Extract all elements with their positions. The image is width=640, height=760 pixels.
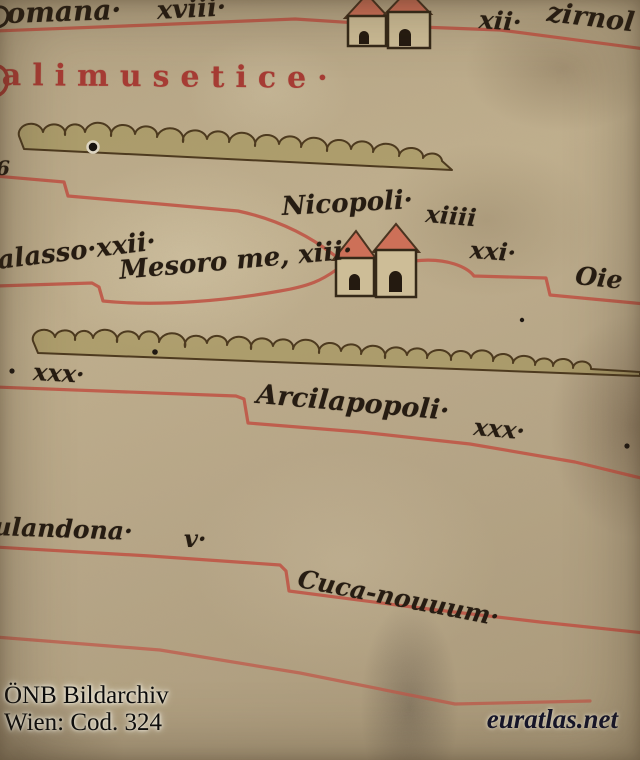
distance-label-xviii: xviii· (156, 0, 227, 26)
distance-label-xxx-left: xxx· (32, 357, 85, 389)
place-label-zirnol: zirnol (545, 0, 636, 38)
place-label-oie: Oie (574, 261, 624, 295)
euratlas-watermark: euratlas.net (487, 704, 618, 735)
place-label-ulandona: ulandona· (0, 512, 133, 546)
distance-label-xiiii: xiiii (424, 199, 477, 232)
region-label-alimusetice: alimusetice· (2, 58, 339, 96)
marginal-mark: 6 (0, 156, 10, 180)
place-label-cucanovum: Cuca-nouuum· (295, 564, 501, 631)
place-label-omana: omana· (6, 0, 122, 30)
place-label-arcilapopoli: Arcilapopoli· (255, 379, 450, 427)
credit-line-2: Wien: Cod. 324 (4, 709, 169, 736)
distance-label-xxx-right: xxx· (472, 412, 526, 445)
place-label-nicopoli: Nicopoli· (281, 185, 414, 222)
map-labels: omana· xviii· xii· zirnol alimusetice· N… (0, 0, 640, 760)
distance-label-xii: xii· (478, 5, 523, 37)
distance-label-xxi: xxi· (469, 235, 517, 267)
credit-line-1: ÖNB Bildarchiv (4, 682, 169, 709)
peutinger-map-photo: omana· xviii· xii· zirnol alimusetice· N… (0, 0, 640, 760)
credit-caption: ÖNB Bildarchiv Wien: Cod. 324 (4, 682, 169, 736)
distance-label-v: v· (184, 524, 206, 553)
